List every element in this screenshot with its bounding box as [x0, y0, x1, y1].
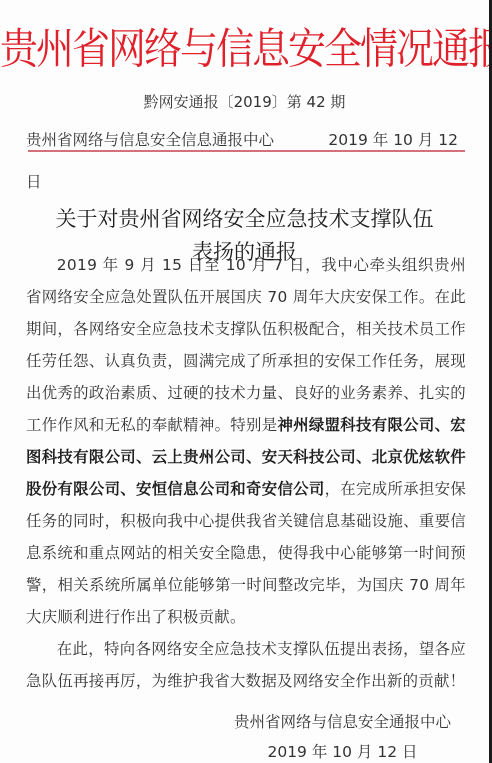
- signature-organization: 贵州省网络与信息安全通报中心: [234, 707, 451, 737]
- paragraph-1-intro: 2019 年 9 月 15 日至 10 月 7 日，我中心牵头组织贵州省网络安全…: [26, 256, 466, 434]
- paragraph-1-conclusion: ，在完成所承担安保任务的同时，积极向我中心提供我省关键信息基础设施、重要信息系统…: [26, 480, 466, 626]
- issue-date-wrapped: 日: [26, 172, 42, 192]
- paragraph-1: 2019 年 9 月 15 日至 10 月 7 日，我中心牵头组织贵州省网络安全…: [26, 249, 466, 633]
- issue-number: 黔网安通报〔2019〕第 42 期: [0, 92, 489, 112]
- document-body: 2019 年 9 月 15 日至 10 月 7 日，我中心牵头组织贵州省网络安全…: [26, 249, 466, 697]
- issuer-name: 贵州省网络与信息安全信息通报中心: [26, 130, 274, 150]
- red-separator-line: [28, 150, 465, 152]
- signature-date: 2019 年 10 月 12 日: [234, 737, 451, 763]
- masthead-title: 贵州省网络与信息安全情况通报: [0, 22, 489, 76]
- title-line-1: 关于对贵州省网络安全应急技术支撑队伍: [0, 203, 489, 236]
- signature-block: 贵州省网络与信息安全通报中心 2019 年 10 月 12 日: [234, 707, 451, 763]
- document-page: 贵州省网络与信息安全情况通报 黔网安通报〔2019〕第 42 期 贵州省网络与信…: [0, 0, 489, 763]
- paragraph-2: 在此，特向各网络安全应急技术支撑队伍提出表扬，望各应急队伍再接再厉，为维护我省大…: [26, 633, 466, 697]
- issue-date: 2019 年 10 月 12: [328, 130, 458, 150]
